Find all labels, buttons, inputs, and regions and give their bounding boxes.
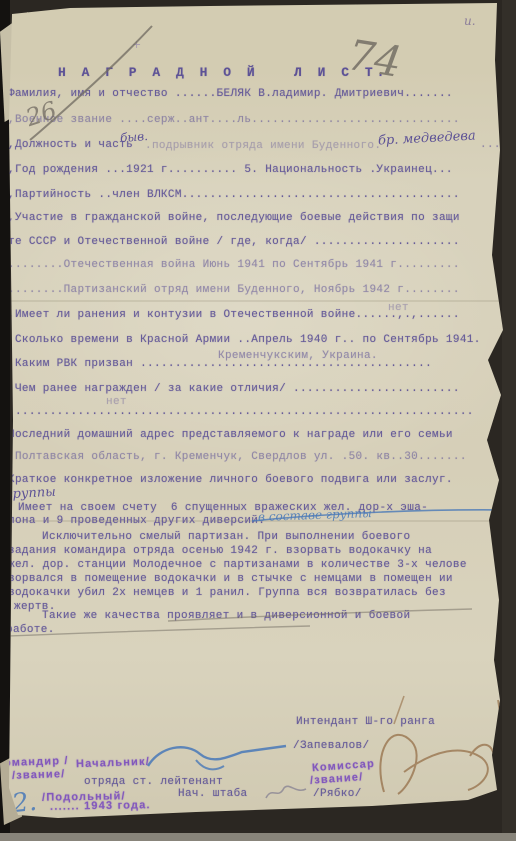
- field-name: Фамилия, имя и отчество ......БЕЛЯК В.ла…: [8, 88, 453, 101]
- answer-war-1: ........Отечественная война Июнь 1941 по…: [8, 259, 460, 272]
- field-previous-awards: ,Чем ранее награжден / за какие отличия/…: [8, 383, 460, 396]
- ink-blot-mark: +: [132, 38, 141, 51]
- feat-paragraph2-line3: жел. дор. станции Молодечное с партизана…: [8, 559, 467, 572]
- ink-corner-mark: и.: [464, 14, 476, 28]
- handwritten-position-suffix: бр. медведева: [378, 128, 476, 148]
- field-military-rank: ,Военное звание ....серж..ант....ль.....…: [8, 114, 460, 127]
- pencil-margin-mark: [0, 193, 6, 206]
- stamp-year-1943: ....... 1943 года.: [50, 799, 151, 813]
- pencil-page-number: 74: [344, 30, 404, 87]
- field-position-label: ,Должность и часть: [8, 139, 133, 152]
- scanned-award-sheet: Н А Г Р А Д Н О Й Л И С Т. Фамилия, имя …: [0, 0, 516, 841]
- stamp-chief: Начальник/: [76, 756, 150, 771]
- document-page: Н А Г Р А Д Н О Й Л И С Т. Фамилия, имя …: [0, 0, 516, 841]
- field-army-service: ,Сколько времени в Красной Армии ..Апрел…: [8, 334, 481, 347]
- field-position-dots: ...: [480, 139, 501, 152]
- field-war-participation-line2: те СССР и Отечественной войне / где, ког…: [8, 236, 460, 249]
- answer-rvk: Кременчукским, Украина.: [218, 350, 378, 363]
- feat-paragraph1-line2: лона и 9 проведенных других диверсий.: [8, 515, 265, 528]
- stamp-commander: омандир /: [4, 755, 69, 769]
- brown-signature-zapevalov: [380, 735, 494, 794]
- feat-paragraph2-line5: водокачки убил 2х немцев и 1 ранил. Груп…: [8, 587, 446, 600]
- feat-paragraph2-line4: ворвался в помещение водокачки и в стычк…: [8, 573, 453, 586]
- answer-home-address: .Полтавская область, г. Кременчук, Сверд…: [8, 451, 467, 464]
- signer-right-name: /Запевалов/: [293, 740, 369, 753]
- blue-signature-podolny: [148, 746, 286, 766]
- field-birth-year: ,Год рождения ...1921 г.......... 5. Нац…: [8, 164, 453, 177]
- field-party-membership: ,Партийность ..член ВЛКСМ...............…: [8, 189, 460, 202]
- grey-signature-ryabko: [266, 786, 306, 798]
- stamp-commander-rank: /звание/: [12, 768, 66, 782]
- staff-chief-label: Нач. штаба: [178, 788, 248, 801]
- feat-paragraph2-line2: задания командира отряда осенью 1942 г. …: [8, 545, 432, 558]
- feat-section-heading: Краткое конкретное изложение личного бое…: [8, 474, 453, 487]
- feat-paragraph3-line2: работе.: [6, 624, 55, 637]
- scanner-bed-strip: [0, 833, 516, 841]
- document-title: Н А Г Р А Д Н О Й Л И С Т.: [58, 66, 388, 79]
- handwritten-group-note: группы: [6, 485, 56, 503]
- answer-war-2: ........Партизанский отряд имени Буденно…: [8, 284, 460, 297]
- field-war-participation-line1: ,Участие в гражданской войне, последующи…: [8, 212, 460, 225]
- scan-background-right: [502, 0, 516, 841]
- stamp-commissar-rank: /звание/: [310, 771, 364, 787]
- feat-paragraph2-line1: Исключительно смелый партизан. При выпол…: [42, 531, 410, 544]
- staff-chief-name: /Рябко/: [313, 788, 362, 801]
- dotted-line: ........................................…: [8, 406, 474, 419]
- paper-crease: [0, 300, 516, 302]
- answer-wounds: нет: [388, 302, 409, 315]
- field-position-value: .подрывник отряда имени Буденного.: [145, 140, 381, 153]
- field-home-address-line1: Последний домашний адрес представляемого…: [8, 429, 453, 442]
- blue-signature-flourish: [196, 760, 224, 769]
- feat-paragraph3-line1: Такие же качества проявляет и в диверсио…: [42, 610, 410, 623]
- signer-right-rank: Интендант Ш-го ранга: [296, 716, 435, 729]
